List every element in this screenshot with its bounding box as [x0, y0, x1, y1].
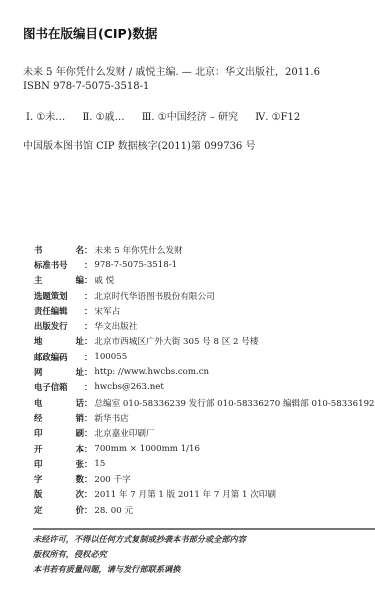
- info-label-text: 址: [76, 366, 84, 378]
- copyright-notes: 未经许可，不得以任何方式复制或抄袭本书部分或全部内容 版权所有，侵权必究 本书若…: [33, 534, 246, 579]
- info-value: 15: [94, 459, 105, 469]
- info-row: 电话：总编室 010-58336239 发行部 010-58336270 编辑部…: [34, 395, 375, 410]
- info-label: 出版发行: [34, 320, 84, 332]
- info-label: 字数: [34, 473, 84, 485]
- info-label-text: 本: [76, 443, 84, 455]
- info-value: 700mm × 1000mm 1/16: [94, 444, 200, 454]
- info-colon: ：: [84, 473, 92, 485]
- info-value: 200 千字: [94, 473, 130, 485]
- info-value: hwcbs@263.net: [94, 382, 163, 392]
- info-value: 100055: [94, 352, 127, 362]
- info-label-text: 印: [34, 458, 42, 470]
- info-label-text: 主: [34, 274, 42, 286]
- info-colon: ：: [84, 412, 92, 424]
- publication-info: 书名：未来 5 年你凭什么发财标准书号：978-7-5075-3518-1主编：…: [34, 242, 375, 517]
- info-label-text: 编: [76, 274, 84, 286]
- info-label: 选题策划: [34, 290, 84, 302]
- info-colon: ：: [84, 244, 92, 256]
- info-label-text: 地: [34, 335, 42, 347]
- info-label-text: 话: [76, 397, 84, 409]
- info-value: 978-7-5075-3518-1: [94, 260, 177, 270]
- info-label: 主编: [34, 274, 84, 286]
- info-row: 责任编辑：宋军占: [34, 303, 375, 318]
- info-label-text: 电: [34, 397, 42, 409]
- cip-record-number: 中国版本图书馆 CIP 数据核字(2011)第 099736 号: [23, 137, 255, 152]
- info-value: 宋军占: [94, 305, 120, 317]
- info-value: http: //www.hwcbs.com.cn: [94, 367, 209, 377]
- info-colon: ：: [84, 458, 92, 470]
- info-label-text: 次: [76, 488, 84, 500]
- info-label-text: 电子信箱: [34, 381, 68, 393]
- info-colon: ：: [84, 335, 92, 347]
- info-label: 版次: [34, 488, 84, 500]
- info-colon: ：: [84, 427, 92, 439]
- class-1: Ⅰ. ①未…: [26, 112, 65, 123]
- info-value: 28. 00 元: [94, 504, 133, 516]
- info-row: 标准书号：978-7-5075-3518-1: [34, 257, 375, 272]
- info-label-text: 数: [76, 473, 84, 485]
- info-colon: ：: [84, 305, 92, 317]
- info-colon: ：: [84, 504, 92, 516]
- info-colon: ：: [84, 290, 92, 302]
- cip-isbn-line: ISBN 978-7-5075-3518-1: [23, 81, 149, 92]
- info-label: 电话: [34, 397, 84, 409]
- info-row: 出版发行：华文出版社: [34, 318, 375, 333]
- cip-title: 图书在版编目(CIP)数据: [23, 24, 157, 42]
- info-label: 开本: [34, 443, 84, 455]
- info-colon: ：: [84, 381, 92, 393]
- info-label-text: 书: [34, 244, 42, 256]
- info-label-text: 邮政编码: [34, 351, 68, 363]
- info-label-text: 字: [34, 473, 42, 485]
- info-label: 印张: [34, 458, 84, 470]
- info-colon: ：: [84, 351, 92, 363]
- class-3: Ⅲ. ①中国经济 – 研究: [142, 112, 238, 123]
- class-2: Ⅱ. ①戚…: [82, 112, 124, 123]
- info-label: 书名: [34, 244, 84, 256]
- info-label-text: 选题策划: [34, 290, 68, 302]
- info-value: 戚 悦: [94, 274, 114, 286]
- info-row: 地址：北京市西城区广外大街 305 号 8 区 2 号楼: [34, 334, 375, 349]
- info-value: 总编室 010-58336239 发行部 010-58336270 编辑部 01…: [94, 397, 374, 409]
- info-value: 未来 5 年你凭什么发财: [94, 244, 182, 256]
- info-row: 书名：未来 5 年你凭什么发财: [34, 242, 375, 257]
- cip-catalog-line: 未来 5 年你凭什么发财 / 戚悦主编. — 北京：华文出版社，2011.6: [23, 63, 320, 78]
- info-row: 电子信箱：hwcbs@263.net: [34, 380, 375, 395]
- info-value: 新华书店: [94, 412, 128, 424]
- note-rights-reserved: 版权所有，侵权必究: [33, 549, 246, 564]
- note-no-copy: 未经许可，不得以任何方式复制或抄袭本书部分或全部内容: [33, 534, 246, 549]
- info-colon: ：: [84, 366, 92, 378]
- info-label-text: 销: [76, 412, 84, 424]
- info-value: 2011 年 7 月第 1 版 2011 年 7 月第 1 次印刷: [94, 488, 276, 500]
- info-label-text: 址: [76, 335, 84, 347]
- info-row: 选题策划：北京时代华语图书股份有限公司: [34, 288, 375, 303]
- info-colon: ：: [84, 443, 92, 455]
- info-label: 邮政编码: [34, 351, 84, 363]
- info-label: 电子信箱: [34, 381, 84, 393]
- info-row: 网址：http: //www.hwcbs.com.cn: [34, 364, 375, 379]
- info-label-text: 经: [34, 412, 42, 424]
- info-label-text: 张: [76, 458, 84, 470]
- info-row: 经销：新华书店: [34, 410, 375, 425]
- info-label-text: 网: [34, 366, 42, 378]
- info-value: 北京嘉业印刷厂: [94, 427, 154, 439]
- class-4: Ⅳ. ①F12: [255, 112, 300, 123]
- info-row: 邮政编码：100055: [34, 349, 375, 364]
- info-label-text: 责任编辑: [34, 305, 68, 317]
- cip-classification-line: Ⅰ. ①未… Ⅱ. ①戚… Ⅲ. ①中国经济 – 研究 Ⅳ. ①F12: [26, 108, 314, 123]
- info-label-text: 版: [34, 488, 42, 500]
- info-row: 字数：200 千字: [34, 471, 375, 486]
- info-row: 版次：2011 年 7 月第 1 版 2011 年 7 月第 1 次印刷: [34, 487, 375, 502]
- info-value: 华文出版社: [94, 320, 137, 332]
- info-row: 开本：700mm × 1000mm 1/16: [34, 441, 375, 456]
- info-label-text: 刷: [76, 427, 84, 439]
- info-label-text: 价: [76, 504, 84, 516]
- info-row: 主编：戚 悦: [34, 273, 375, 288]
- info-label-text: 印: [34, 427, 42, 439]
- info-label: 地址: [34, 335, 84, 347]
- info-label: 印刷: [34, 427, 84, 439]
- info-label-text: 开: [34, 443, 42, 455]
- info-label-text: 标准书号: [34, 259, 68, 271]
- info-row: 印刷：北京嘉业印刷厂: [34, 426, 375, 441]
- info-colon: ：: [84, 274, 92, 286]
- info-value: 北京时代华语图书股份有限公司: [94, 290, 214, 302]
- info-label-text: 定: [34, 504, 42, 516]
- info-row: 定价：28. 00 元: [34, 502, 375, 517]
- info-label: 标准书号: [34, 259, 84, 271]
- info-label: 网址: [34, 366, 84, 378]
- info-label: 责任编辑: [34, 305, 84, 317]
- info-label: 经销: [34, 412, 84, 424]
- info-value: 北京市西城区广外大街 305 号 8 区 2 号楼: [94, 335, 258, 347]
- info-row: 印张：15: [34, 456, 375, 471]
- divider: [33, 528, 375, 530]
- info-colon: ：: [84, 320, 92, 332]
- info-colon: ：: [84, 259, 92, 271]
- note-quality-exchange: 本书若有质量问题，请与发行部联系调换: [33, 564, 246, 579]
- info-label: 定价: [34, 504, 84, 516]
- info-colon: ：: [84, 488, 92, 500]
- info-colon: ：: [84, 397, 92, 409]
- info-label-text: 出版发行: [34, 320, 68, 332]
- info-label-text: 名: [76, 244, 84, 256]
